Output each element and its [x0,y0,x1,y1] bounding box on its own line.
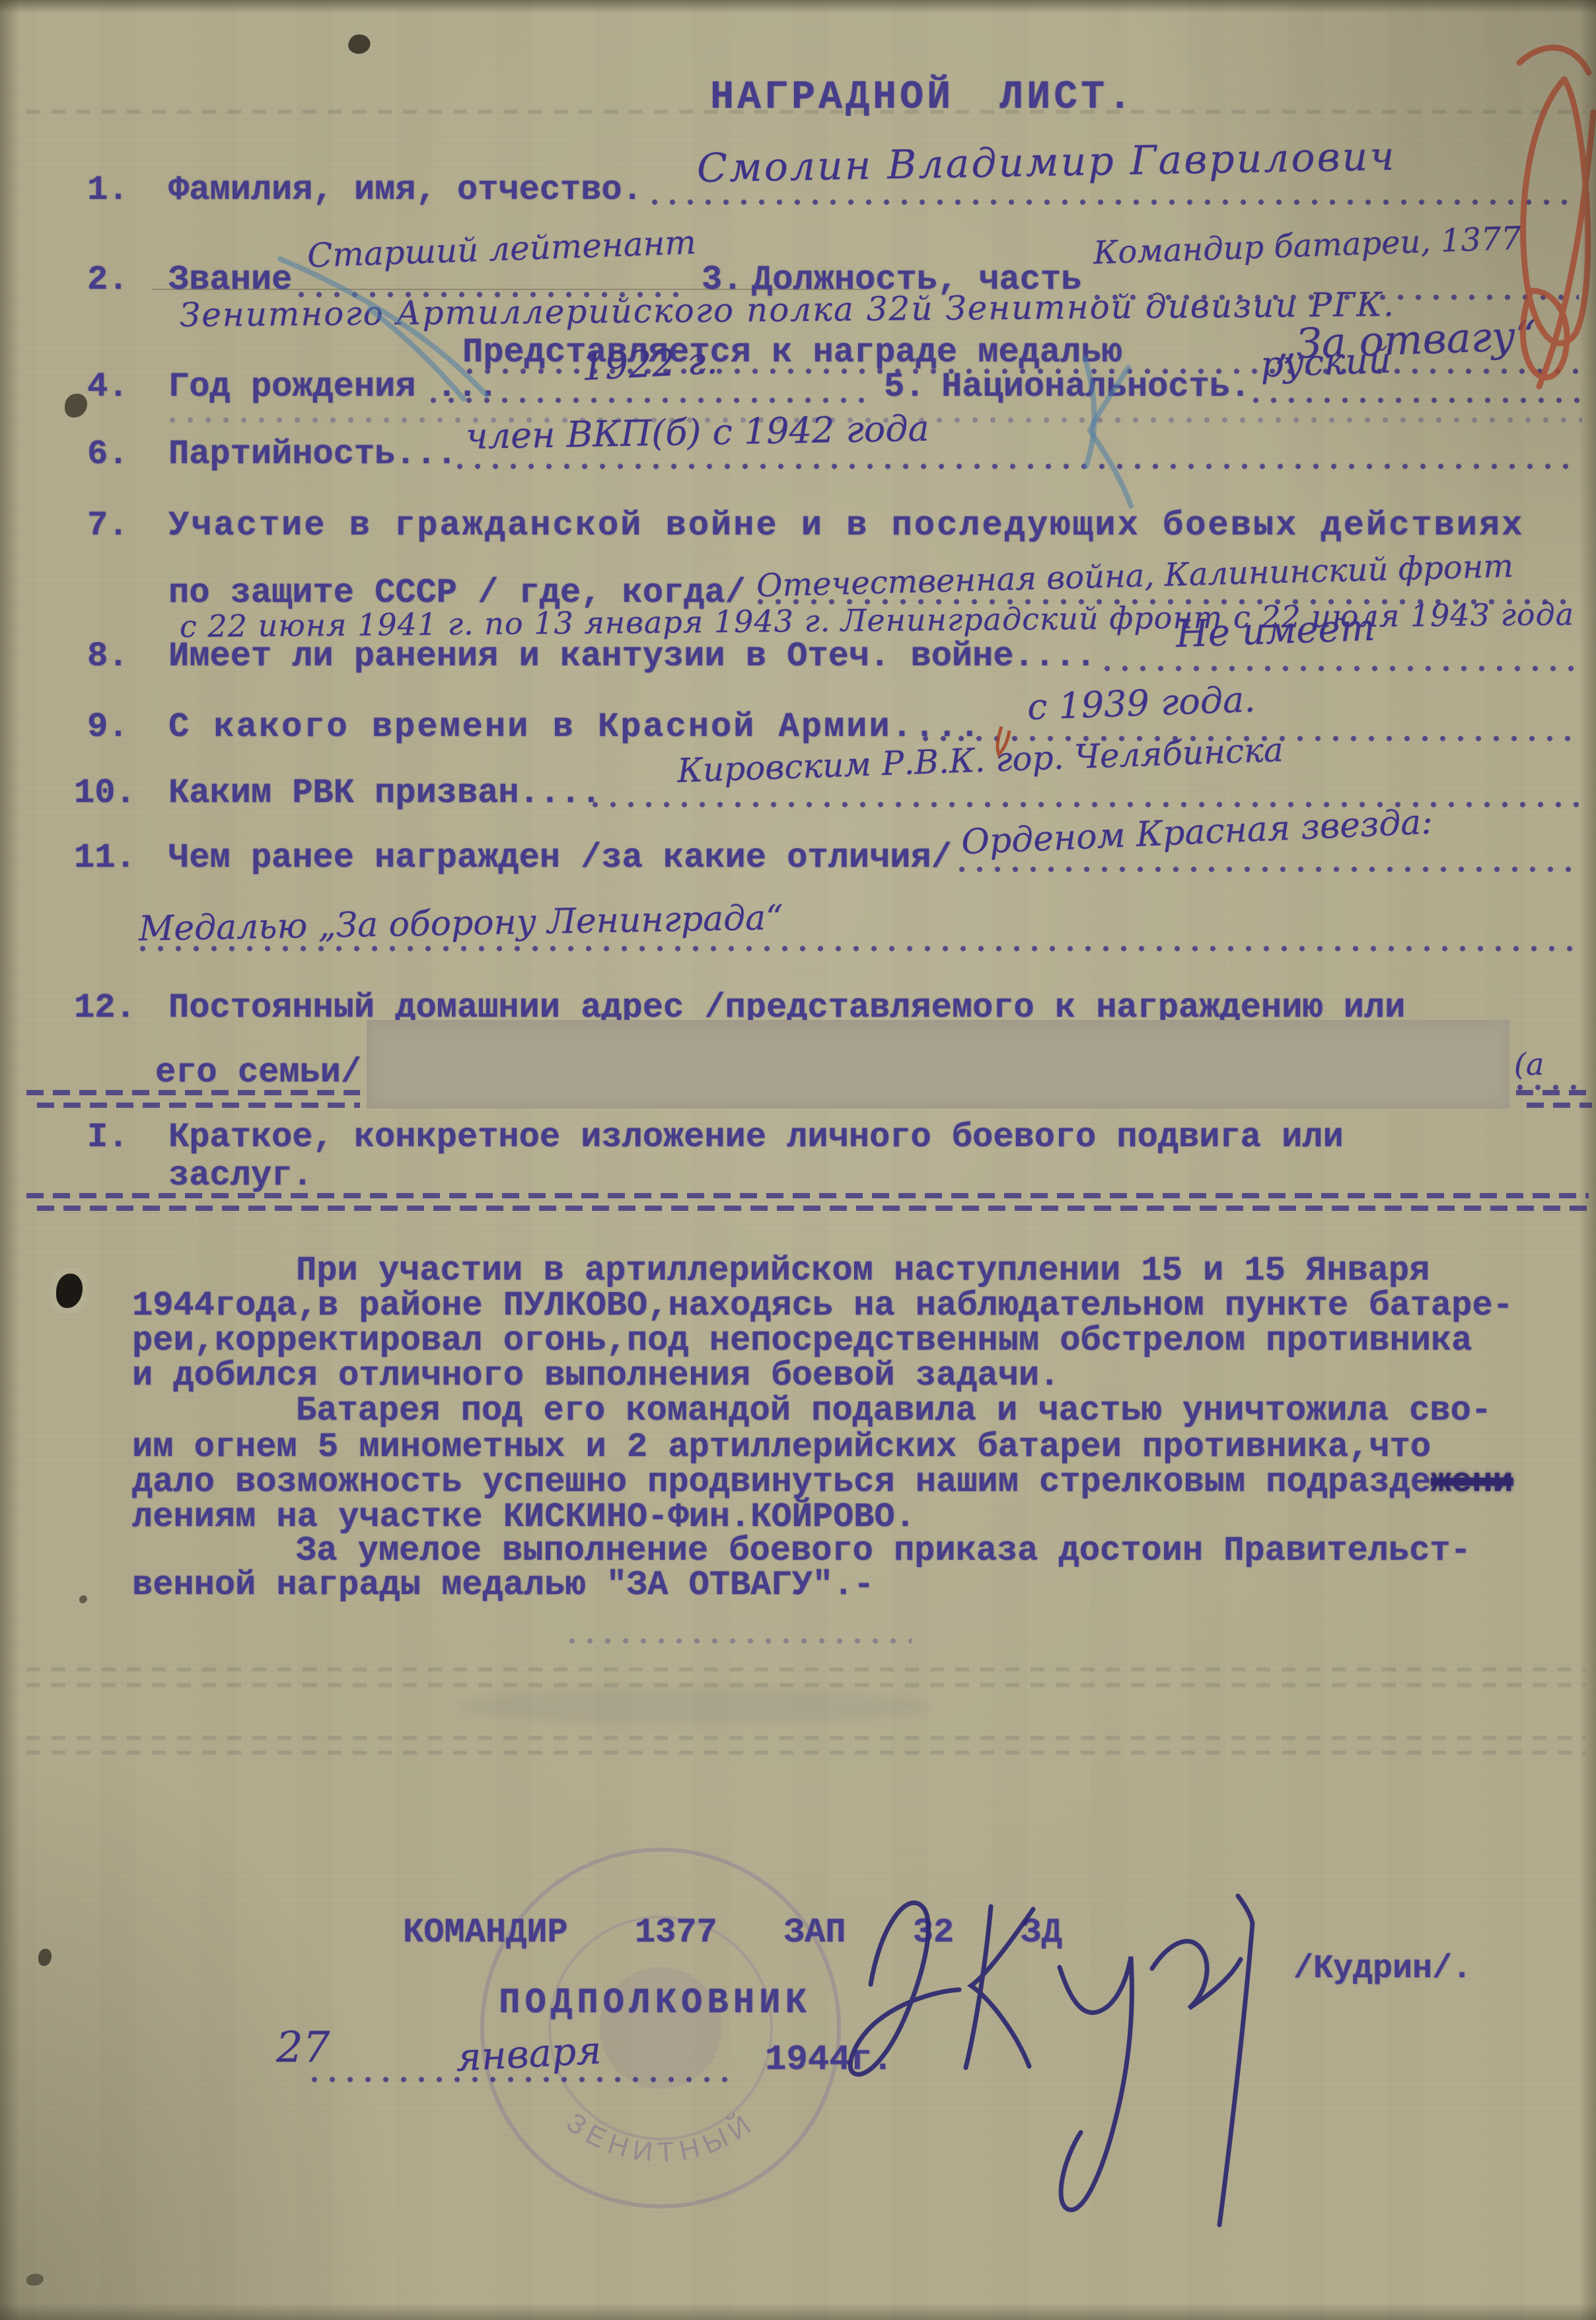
field-11-value-handwritten: Орденом Красная звезда: [961,805,1433,859]
field-6-label: Партийность... [168,437,457,472]
field-2-value-handwritten: Старший лейтенант [307,226,696,273]
bleed-line [26,1751,1585,1755]
paper-blemish [79,1595,87,1603]
citation-line: Батарея под его командой подавила и част… [296,1394,1492,1428]
dotted-leader [1103,665,1579,672]
paper-blemish [26,2274,44,2286]
citation-line: 1944года,в районе ПУЛКОВО,находясь на на… [132,1289,1513,1323]
field-8-label: Имеет ли ранения и кантузии в Отеч. войн… [168,639,1096,674]
commander-line: КОМАНДИР 1377 ЗАП 32 ЗД [403,1916,1062,1950]
date-year: 1944г. [765,2043,893,2078]
field-5-label: Национальность. [941,370,1251,404]
field-4-number: 4. [87,370,128,404]
svg-text:ЗЕНИТНЫЙ: ЗЕНИТНЫЙ [561,2105,761,2168]
dotted-leader-faint [568,1637,912,1645]
field-5-number: 5. [884,370,925,404]
field-4-value-handwritten: 1922 г. [581,343,719,387]
rank-line: ПОДПОЛКОВНИК [499,1986,811,2021]
presented-for-label: Представляется к награде медалью [462,336,1122,370]
field-9-label: С какого времени в Красной Армии.... [168,710,982,744]
dotted-leader [429,396,872,404]
field-2-number: 2. [87,263,128,297]
field-3-value2-handwritten: Зенитного Артиллерийского полка 32й Зени… [180,288,1395,332]
document-page: НАГРАДНОЙ ЛИСТ. 1. Фамилия, имя, отчеств… [0,0,1596,2320]
field-5-value-handwritten: руский [1260,343,1392,383]
field-6-value-handwritten: член ВКП(б) с 1942 года [466,411,930,454]
dotted-leader [139,945,1579,953]
citation-line: им огнем 5 минометных и 2 артиллерийских… [132,1430,1431,1465]
citation-line: дало возможность успешно продвинуться на… [132,1465,1513,1500]
redacted-address-block [367,1020,1509,1108]
paper-blemish [65,394,87,417]
field-11-label: Чем ранее награжден /за какие отличия/ [168,841,952,875]
bleed-line [26,1683,1585,1687]
section-divider [26,1090,360,1108]
citation-line: венной награды медалью "ЗА ОТВАГУ".- [132,1568,874,1603]
field-11-number: 11. [74,841,136,875]
field-2-label: Звание [168,263,292,297]
field-9-number: 9. [87,710,128,744]
field-6-number: 6. [87,437,128,472]
typed-overstrike: жени [1431,1463,1513,1502]
date-month-handwritten: января [455,2031,602,2076]
field-10-number: 10. [74,776,136,811]
section-1-number: I. [87,1120,128,1155]
field-1-value-handwritten: Смолин Владимир Гаврилович [697,137,1396,188]
dotted-leader [958,865,1579,873]
section-divider [26,1193,1589,1212]
field-7-label: Участие в гражданской войне и в последую… [168,509,1524,543]
field-1-number: 1. [87,173,128,207]
punch-hole [56,1274,83,1308]
citation-line-text: дало возможность успешно продвинуться на… [132,1463,1431,1502]
field-7-value-handwritten: Отечественная война, Калининский фронт [756,550,1514,602]
field-8-value-handwritten: Не имеет [1175,610,1375,653]
dotted-leader [310,2076,740,2084]
citation-line: реи,корректировал огонь,под непосредстве… [132,1324,1472,1358]
dotted-leader [1252,396,1582,404]
dotted-leader [651,198,1576,206]
field-8-number: 8. [87,639,128,674]
bleed-line [26,1667,1585,1671]
field-9-value-handwritten: с 1939 года. [1027,682,1256,725]
citation-line: За умелое выполнение боевого приказа дос… [296,1534,1471,1568]
field-7-number: 7. [87,509,128,543]
field-10-label: Каким РВК призван.... [168,776,601,811]
section-1-line2: заслуг. [168,1159,312,1193]
dotted-leader [456,462,1579,470]
field-11-value2-handwritten: Медалью „За оборону Ленинграда“ [139,900,784,946]
bleed-line [26,1736,1585,1740]
field-1-label: Фамилия, имя, отчество. [168,173,643,207]
stamp-text: ЗЕНИТНЫЙ [561,2105,761,2168]
field-12-number: 12. [74,991,136,1025]
date-day-handwritten: 27 [276,2027,330,2069]
document-title: НАГРАДНОЙ ЛИСТ. [710,78,1135,118]
paper-blemish [38,1949,52,1966]
citation-line: и добился отличного выполнения боевой за… [132,1359,1060,1393]
field-12-label2: его семьи/ [155,1056,361,1090]
citation-line: При участии в артиллерийском наступлении… [296,1254,1430,1288]
section-divider [1516,1090,1592,1108]
citation-line: лениям на участке КИСКИНО-Фин.КОЙРОВО. [132,1500,916,1535]
field-3-value-handwritten: Командир батареи, 1377 [1093,223,1521,270]
section-1-line1: Краткое, конкретное изложение личного бо… [168,1120,1344,1155]
ink-smudge [456,1688,931,1724]
field-12-note-handwritten: (а [1514,1049,1544,1079]
paper-blemish [346,31,373,57]
signer-name: /Кудрин/. [1293,1953,1472,1986]
